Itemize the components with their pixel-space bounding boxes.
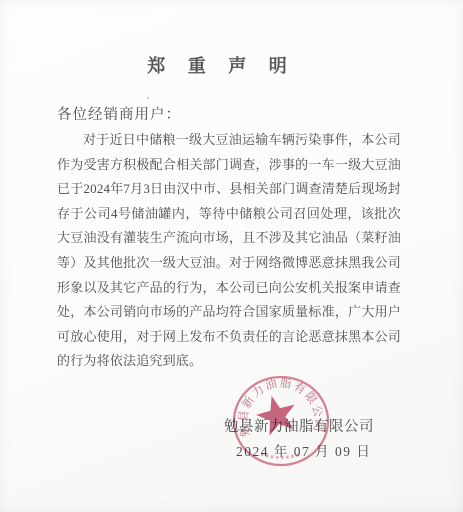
company-signature: 勉县新力油脂有限公司 — [224, 415, 374, 436]
page-title: 郑 重 声 明 — [0, 52, 443, 78]
salutation: 各位经销商用户： — [57, 103, 181, 124]
statement-document: 郑 重 声 明 ` 各位经销商用户： 对于近日中储粮一级大豆油运输车辆污染事件，… — [0, 0, 463, 512]
signature-date: 2024 年 07 月 09 日 — [236, 440, 371, 460]
statement-body: 对于近日中储粮一级大豆油运输车辆污染事件，本公司作为受害方积极配合相关部门调查，… — [57, 128, 401, 374]
